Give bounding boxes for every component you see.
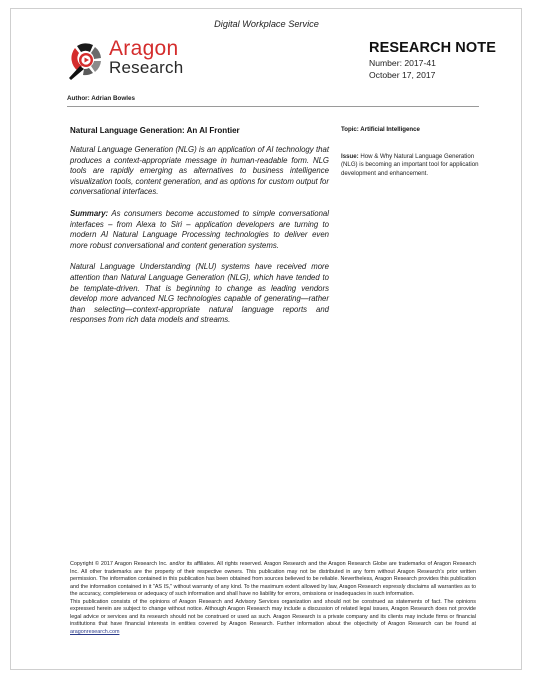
- logo-text-research: Research: [109, 58, 183, 78]
- summary-label: Summary:: [70, 209, 108, 218]
- sidebar-column: Topic: Artificial Intelligence Issue: Ho…: [341, 126, 479, 178]
- main-column: Natural Language Generation: An AI Front…: [70, 126, 329, 337]
- topic-label: Topic:: [341, 126, 359, 133]
- nlu-paragraph: Natural Language Understanding (NLU) sys…: [70, 262, 329, 326]
- document-title: Natural Language Generation: An AI Front…: [70, 126, 329, 135]
- copyright-paragraph: Copyright © 2017 Aragon Research Inc. an…: [70, 561, 476, 599]
- disclaimer-paragraph: This publication consists of the opinion…: [70, 599, 476, 637]
- disclaimer-text: This publication consists of the opinion…: [70, 599, 476, 628]
- summary-paragraph: Summary: As consumers become accustomed …: [70, 209, 329, 251]
- topic-line: Topic: Artificial Intelligence: [341, 126, 479, 133]
- legal-footer: Copyright © 2017 Aragon Research Inc. an…: [70, 561, 476, 636]
- topic-value: Artificial Intelligence: [359, 126, 420, 133]
- aragon-website-link[interactable]: aragonresearch.com: [70, 629, 119, 635]
- issue-label: Issue:: [341, 153, 359, 160]
- intro-paragraph: Natural Language Generation (NLG) is an …: [70, 145, 329, 198]
- service-name: Digital Workplace Service: [0, 19, 533, 29]
- document-date: October 17, 2017: [369, 70, 435, 80]
- document-type: RESEARCH NOTE: [369, 40, 496, 56]
- document-number: Number: 2017-41: [369, 58, 436, 68]
- aragon-globe-logo-icon: [68, 40, 104, 82]
- summary-text: As consumers become accustomed to simple…: [70, 209, 329, 250]
- issue-value: How & Why Natural Language Generation (N…: [341, 153, 479, 177]
- header-divider: [67, 106, 479, 107]
- aragon-research-logo: Aragon Research: [68, 40, 198, 82]
- issue-block: Issue: How & Why Natural Language Genera…: [341, 153, 479, 178]
- author-line: Author: Adrian Bowles: [67, 95, 135, 102]
